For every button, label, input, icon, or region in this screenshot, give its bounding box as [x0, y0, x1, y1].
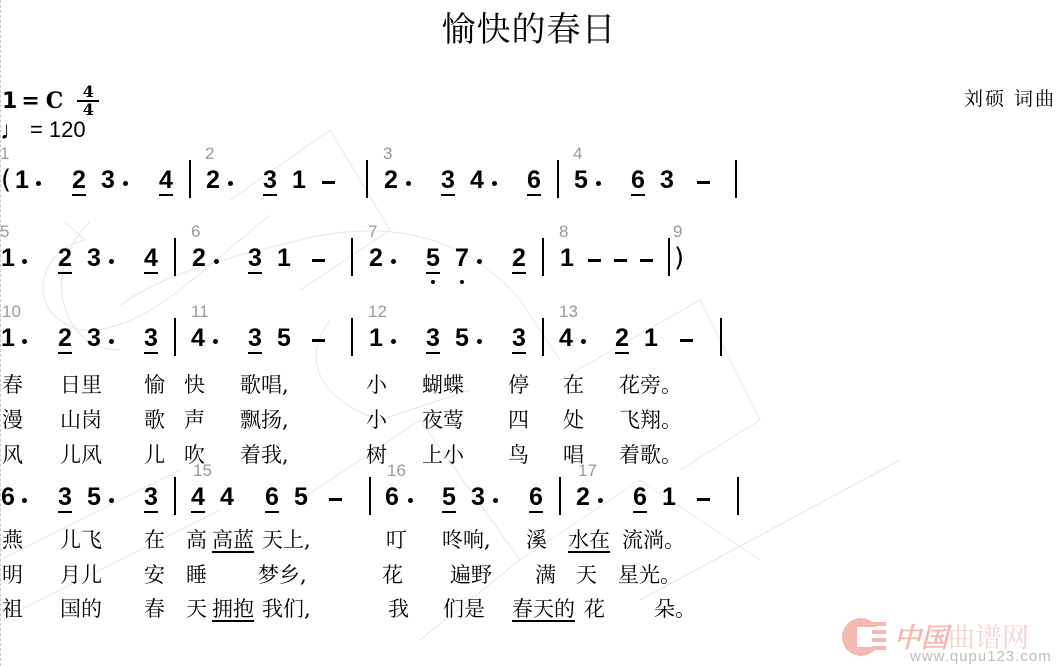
lyric: 我们,	[262, 596, 311, 622]
lyric: 四	[508, 407, 529, 433]
augmentation-dot	[22, 498, 27, 503]
augmentation-dot	[477, 339, 482, 344]
measure-number: 10	[2, 302, 21, 322]
augmentation-dot	[214, 259, 219, 264]
augmentation-dot	[391, 259, 396, 264]
extension-dash	[322, 181, 335, 184]
note: 3	[425, 324, 441, 352]
lyric-slur-underline: 春天的	[512, 596, 575, 622]
barline	[557, 160, 559, 198]
lyric: 月儿	[60, 562, 102, 588]
key-signature: 1 = C 4 4	[2, 85, 99, 117]
key-equals: =	[21, 88, 39, 114]
composer-credit: 刘硕 词曲	[964, 84, 1056, 111]
note: 6	[0, 483, 16, 511]
lyric: 上小	[422, 442, 464, 468]
barline	[174, 318, 176, 356]
lyric: 燕	[2, 527, 23, 553]
augmentation-dot	[391, 339, 396, 344]
tempo-bpm: 120	[49, 117, 86, 143]
augmentation-dot	[228, 181, 233, 186]
note: 2	[71, 166, 87, 194]
lyric: 咚响,	[442, 527, 491, 553]
measure-number: 5	[0, 222, 9, 242]
time-signature-numerator: 4	[83, 85, 94, 99]
note: 4	[143, 244, 159, 272]
lyric: 日里	[60, 372, 102, 398]
lyric: 花	[382, 562, 403, 588]
lyric: 着歌。	[619, 442, 682, 468]
lyric: 愉	[144, 372, 165, 398]
lyric: 天	[576, 562, 597, 588]
note: 5	[454, 324, 470, 352]
note: 1	[643, 324, 659, 352]
quarter-note-icon: ♩	[0, 119, 26, 141]
extension-dash	[614, 259, 627, 262]
augmentation-dot	[406, 181, 411, 186]
extension-dash	[697, 498, 710, 501]
note: 2	[575, 483, 591, 511]
note: 2	[57, 244, 73, 272]
barline	[668, 238, 670, 276]
augmentation-dot	[477, 259, 482, 264]
lyric: 快	[184, 372, 205, 398]
close-parenthesis: )	[674, 244, 684, 272]
measure-number: 4	[573, 144, 582, 164]
lyric: 高	[186, 527, 207, 553]
open-parenthesis: (	[1, 166, 11, 194]
time-signature-denominator: 4	[83, 103, 94, 117]
augmentation-dot	[109, 339, 114, 344]
measure-number: 7	[368, 222, 377, 242]
note: 5	[293, 483, 309, 511]
barline	[351, 238, 353, 276]
augmentation-dot	[493, 498, 498, 503]
note: 4	[469, 166, 485, 194]
measure-number: 3	[383, 144, 392, 164]
barline	[174, 477, 176, 515]
measure-number: 16	[387, 461, 406, 481]
note: 2	[383, 166, 399, 194]
augmentation-dot	[123, 181, 128, 186]
note: 1	[0, 244, 16, 272]
time-signature: 4 4	[77, 85, 99, 117]
lyric: 春	[2, 372, 23, 398]
lyric: 朵。	[654, 596, 696, 622]
lyric: 满	[535, 562, 556, 588]
note: 3	[247, 244, 263, 272]
note: 5	[441, 483, 457, 511]
logo-e-icon	[872, 622, 886, 652]
extension-dash	[312, 259, 325, 262]
note: 3	[143, 483, 159, 511]
note: 3	[86, 324, 102, 352]
note: 2	[57, 324, 73, 352]
lyric-slur-underline: 拥抱	[212, 596, 254, 622]
lyric: 风	[2, 442, 23, 468]
measure-number: 13	[559, 302, 578, 322]
extension-dash	[312, 339, 325, 342]
lyric: 在	[144, 527, 165, 553]
measure-number: 6	[191, 222, 200, 242]
lyric: 流淌。	[622, 527, 685, 553]
lyric-slur-underline: 水在	[568, 527, 610, 553]
measure-number: 9	[673, 222, 682, 242]
lyric: 儿风	[60, 442, 102, 468]
measure-number: 15	[193, 461, 212, 481]
barline	[366, 160, 368, 198]
lyric: 祖	[2, 596, 23, 622]
lyric: 遍野	[450, 562, 492, 588]
note: 2	[205, 166, 221, 194]
extension-dash	[640, 259, 653, 262]
barline	[351, 318, 353, 356]
note: 5	[276, 324, 292, 352]
lyric: 歌	[144, 407, 165, 433]
lyric: 梦乡,	[258, 562, 307, 588]
extension-dash	[588, 259, 601, 262]
barline	[559, 477, 561, 515]
note: 4	[219, 483, 235, 511]
lyric: 溪	[526, 527, 547, 553]
measure-number: 11	[191, 302, 209, 322]
lyric: 们是	[443, 596, 485, 622]
lyric: 歌唱,	[240, 372, 289, 398]
note: 5	[86, 483, 102, 511]
note: 6	[384, 483, 400, 511]
extension-dash	[329, 498, 342, 501]
note: 3	[143, 324, 159, 352]
measure-number: 8	[559, 222, 568, 242]
note: 3	[86, 244, 102, 272]
lyric: 鸟	[508, 442, 529, 468]
extension-dash	[697, 181, 710, 184]
augmentation-dot	[598, 498, 603, 503]
extension-dash	[680, 339, 693, 342]
note: 6	[264, 483, 280, 511]
key-name: C	[46, 88, 64, 114]
lyric: 天上,	[262, 527, 311, 553]
lyric: 睡	[186, 562, 207, 588]
key-tonic-number: 1	[2, 89, 17, 114]
augmentation-dot	[109, 498, 114, 503]
lyric: 山岗	[60, 407, 102, 433]
note: 4	[190, 324, 206, 352]
lyric: 夜莺	[422, 407, 464, 433]
lyric-slur-underline: 高蓝	[212, 527, 254, 553]
augmentation-dot	[213, 339, 218, 344]
lyric: 儿飞	[60, 527, 102, 553]
lyric: 国的	[60, 596, 102, 622]
note: 3	[100, 166, 116, 194]
barline	[720, 318, 722, 356]
augmentation-dot	[22, 339, 27, 344]
note: 3	[470, 483, 486, 511]
lyric: 儿	[144, 442, 165, 468]
note: 3	[440, 166, 456, 194]
note: 6	[630, 166, 646, 194]
logo-url: www.qupu123.com	[910, 648, 1052, 665]
lyric: 飘扬,	[240, 407, 289, 433]
augmentation-dot	[36, 181, 41, 186]
lyric: 叮	[386, 527, 407, 553]
barline	[735, 160, 737, 198]
note: 2	[191, 244, 207, 272]
augmentation-dot	[492, 181, 497, 186]
note: 3	[511, 324, 527, 352]
lyric: 漫	[2, 407, 23, 433]
lyric: 处	[563, 407, 584, 433]
note: 4	[190, 483, 206, 511]
note: 2	[511, 244, 527, 272]
augmentation-dot	[109, 259, 114, 264]
augmentation-dot	[581, 339, 586, 344]
note: 2	[368, 244, 384, 272]
lyric: 声	[184, 407, 205, 433]
barline	[189, 160, 191, 198]
lyric: 安	[144, 562, 165, 588]
note-low-octave: 7	[454, 244, 470, 272]
note: 6	[632, 483, 648, 511]
note: 3	[57, 483, 73, 511]
barline	[737, 477, 739, 515]
note: 3	[659, 166, 675, 194]
measure-number: 17	[578, 461, 597, 481]
lyric: 春	[144, 596, 165, 622]
note: 1	[276, 244, 292, 272]
note: 3	[247, 324, 263, 352]
lyric: 花旁。	[619, 372, 682, 398]
barline	[369, 477, 371, 515]
measure-number: 2	[205, 144, 214, 164]
lyric: 树	[366, 442, 387, 468]
note: 2	[614, 324, 630, 352]
tempo-equals: =	[30, 117, 43, 143]
note: 4	[158, 166, 174, 194]
note: 1	[661, 483, 677, 511]
site-watermark-logo: 中国曲谱网 www.qupu123.com	[842, 616, 1058, 666]
barline	[542, 318, 544, 356]
barline	[174, 238, 176, 276]
lyric: 飞翔。	[619, 407, 682, 433]
lyric: 天	[186, 596, 207, 622]
note-low-octave: 5	[425, 244, 441, 272]
augmentation-dot	[596, 181, 601, 186]
note: 6	[526, 166, 542, 194]
lyric: 蝴蝶	[422, 372, 464, 398]
lyric: 小	[366, 372, 387, 398]
tempo-marking: ♩ = 120	[0, 117, 86, 143]
note: 1	[291, 166, 307, 194]
lyric: 明	[2, 562, 23, 588]
lyric: 我	[388, 596, 409, 622]
note: 3	[262, 166, 278, 194]
lyric: 停	[508, 372, 529, 398]
lyric: 着我,	[240, 442, 289, 468]
lyric: 星光。	[618, 562, 681, 588]
note: 4	[558, 324, 574, 352]
note: 1	[14, 166, 30, 194]
note: 1	[559, 244, 575, 272]
lyric: 小	[366, 407, 387, 433]
lyric: 花	[584, 596, 605, 622]
note: 1	[368, 324, 384, 352]
augmentation-dot	[408, 498, 413, 503]
note: 1	[0, 324, 16, 352]
note: 5	[573, 166, 589, 194]
measure-number: 12	[368, 302, 387, 322]
augmentation-dot	[22, 259, 27, 264]
note: 6	[528, 483, 544, 511]
barline	[542, 238, 544, 276]
measure-number: 1	[0, 144, 9, 164]
song-title: 愉快的春日	[0, 2, 1058, 51]
lyric: 在	[563, 372, 584, 398]
